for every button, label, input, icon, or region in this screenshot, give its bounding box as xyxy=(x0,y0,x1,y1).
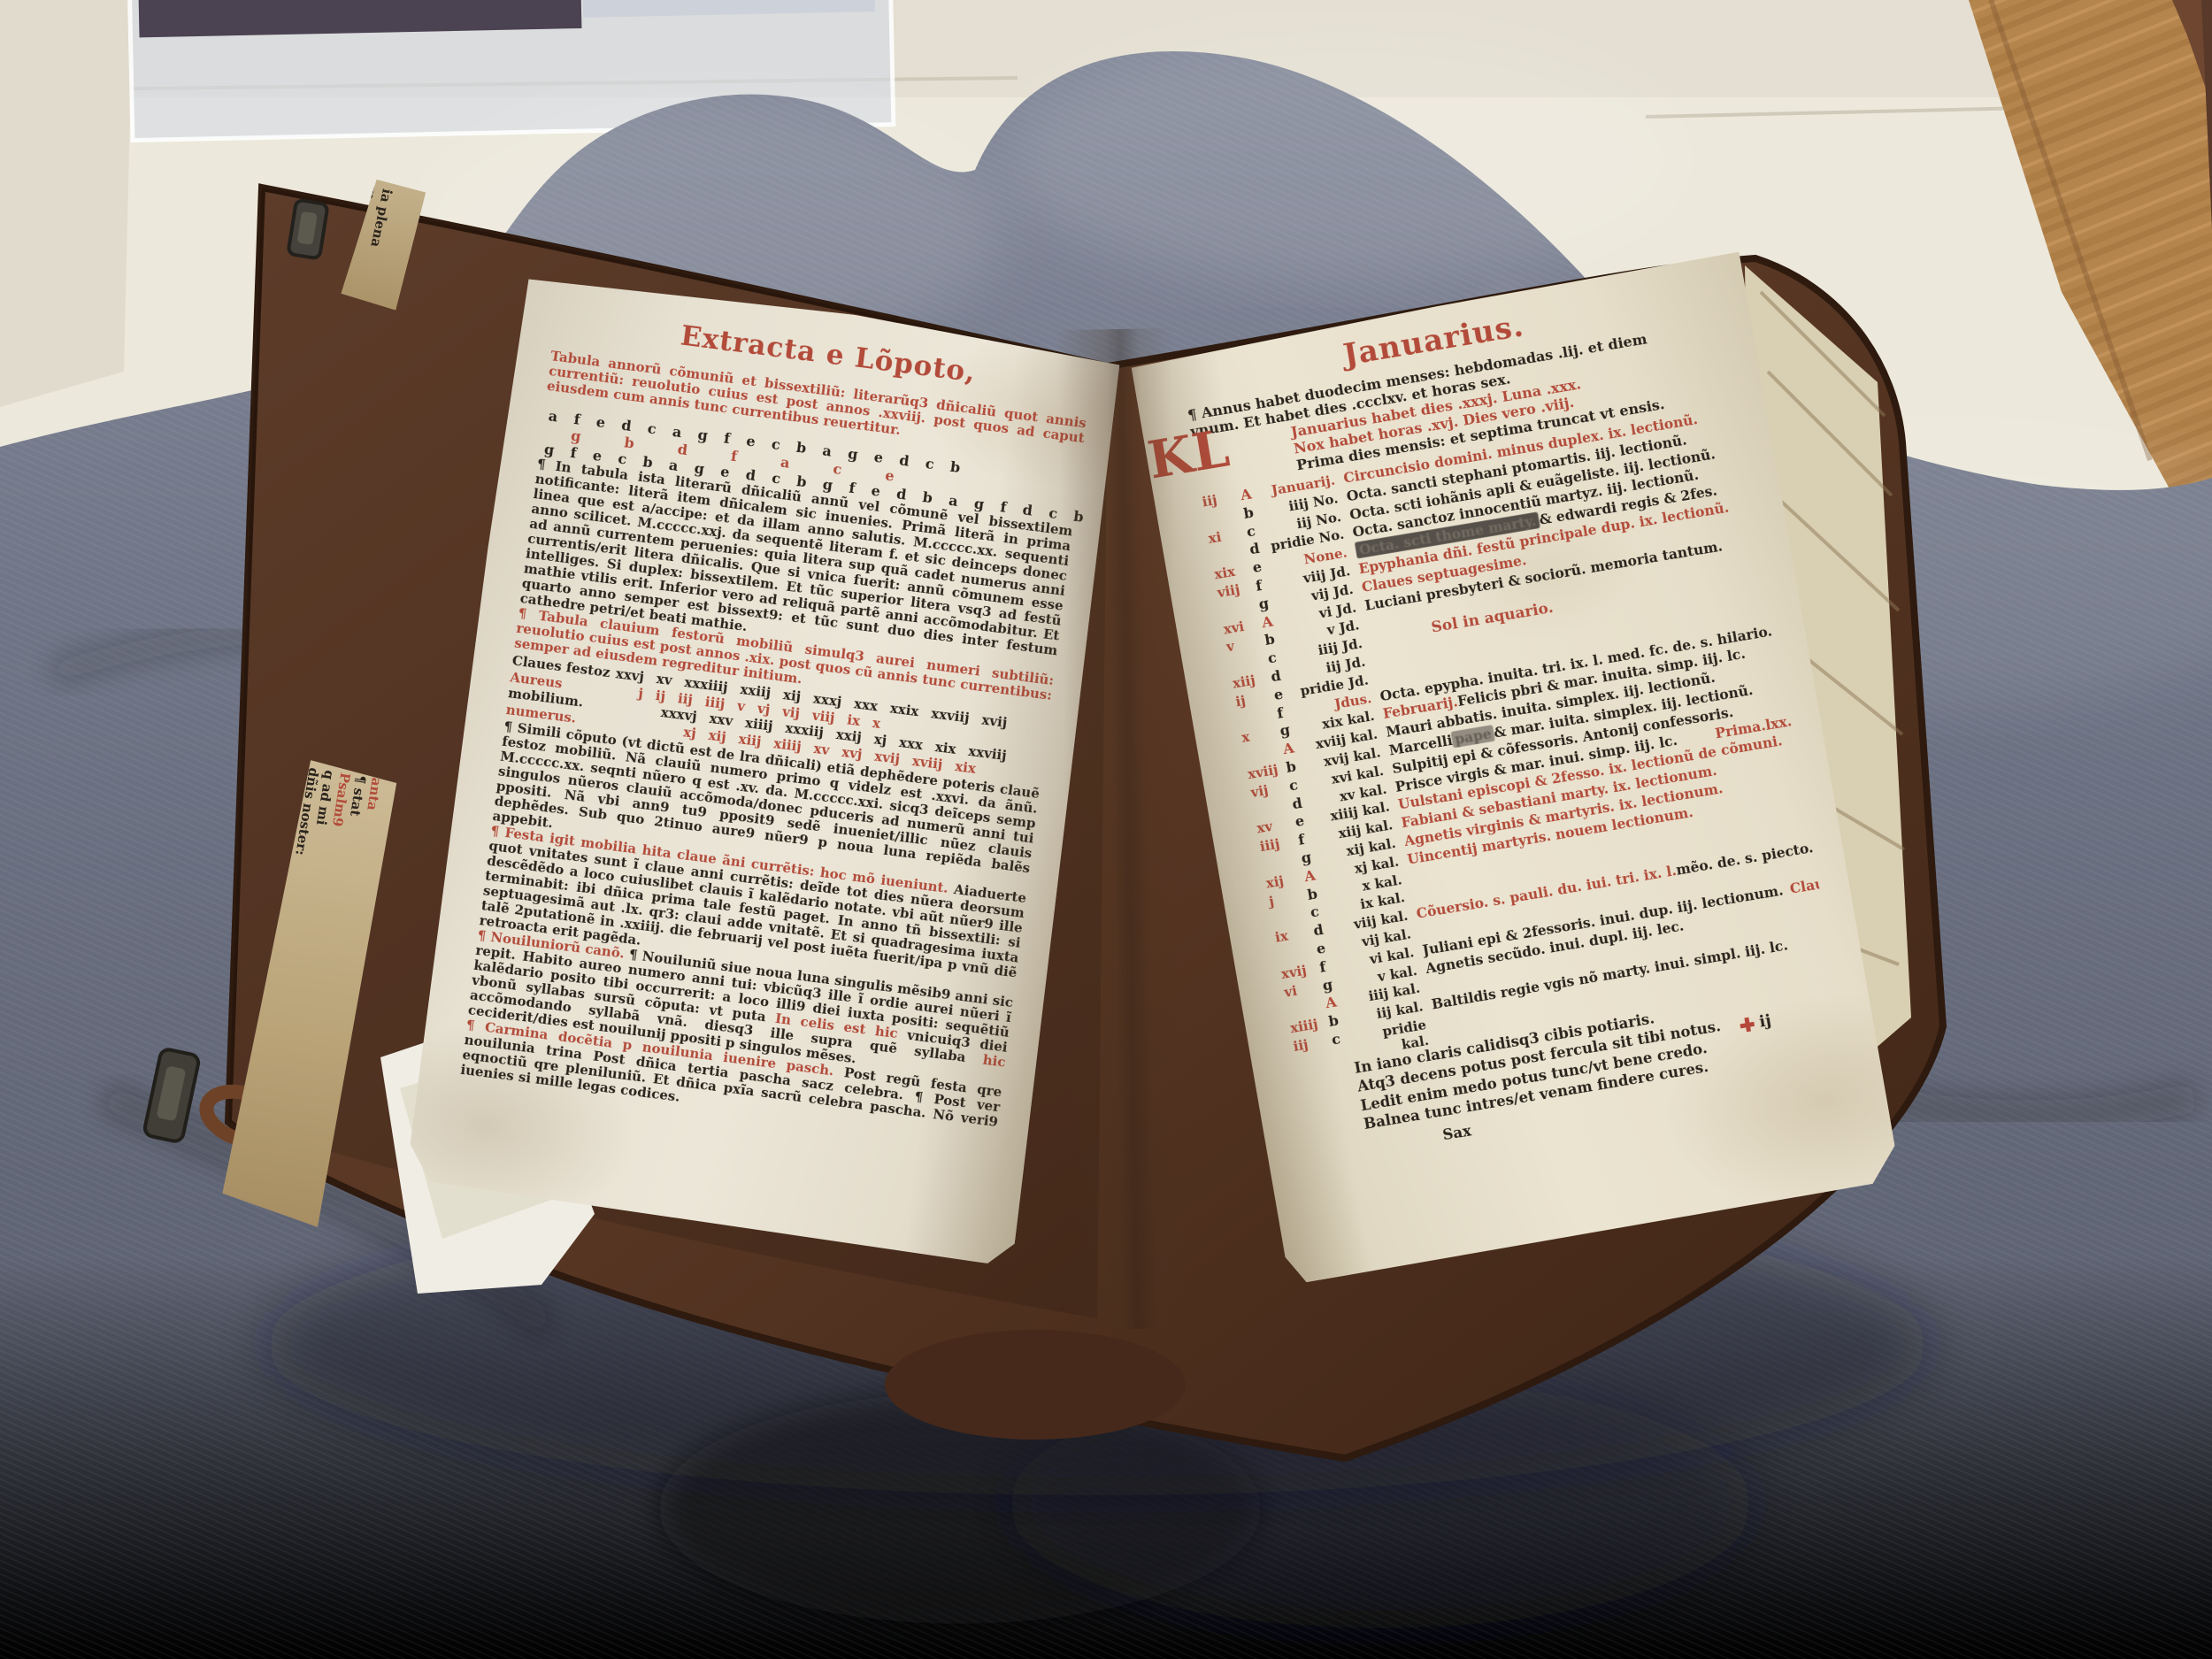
dominical-letter: f xyxy=(1255,574,1279,595)
dominical-letter: b xyxy=(1285,756,1309,776)
dominical-letter: b xyxy=(1242,502,1266,522)
dominical-letter: A xyxy=(1325,992,1348,1012)
dominical-letter: f xyxy=(1297,828,1321,849)
dominical-letter: d xyxy=(1312,919,1336,940)
museum-photo-of-open-incunable: Benedicam.dñis noster:q ad miPsalm9¶ sta… xyxy=(0,0,2212,1659)
dominical-letter: e xyxy=(1294,810,1317,831)
dominical-letter: A xyxy=(1303,864,1327,885)
dominical-letter: b xyxy=(1327,1010,1351,1030)
dominical-letter: f xyxy=(1276,702,1300,722)
clasp-catch-top xyxy=(288,200,327,259)
dominical-letter: c xyxy=(1309,901,1333,921)
dominical-letter: d xyxy=(1291,792,1315,812)
dominical-letter: e xyxy=(1251,557,1275,577)
left-page: Extracta e Lõpoto, Tabula annorũ cõmuniũ… xyxy=(404,273,1128,1266)
left-paragraphs-bottom: ¶ Simili cõputo (vt dictũ est de lra dñi… xyxy=(459,719,1040,1145)
dominical-letter: g xyxy=(1257,593,1281,613)
dominical-letter: c xyxy=(1245,520,1269,541)
dominical-letter: d xyxy=(1248,538,1272,558)
dominical-letter: A xyxy=(1261,611,1285,631)
dominical-letter: c xyxy=(1266,647,1290,667)
maltese-cross-icon xyxy=(1739,1016,1755,1032)
dominical-letter: f xyxy=(1318,956,1342,976)
dominical-letter: g xyxy=(1321,973,1345,994)
text-segment: hic xyxy=(982,1052,1007,1071)
january-calendar: iijAJanuarij.Circuncisio domini. minus d… xyxy=(1201,403,1832,1056)
dominical-letter: c xyxy=(1287,774,1311,795)
kl-initial: KL xyxy=(1145,424,1233,484)
dominical-letter: e xyxy=(1272,683,1296,703)
dominical-letter: A xyxy=(1240,484,1263,504)
dominical-letter: d xyxy=(1270,665,1294,686)
dominical-letter: b xyxy=(1263,629,1287,649)
dominical-letter: g xyxy=(1300,847,1324,867)
dominical-letter: A xyxy=(1282,738,1306,758)
dominical-letter: b xyxy=(1306,883,1330,903)
dominical-letter: g xyxy=(1279,719,1302,740)
spine-bottom xyxy=(885,1330,1186,1440)
dominical-letter: c xyxy=(1331,1028,1355,1048)
dominical-letter: e xyxy=(1315,937,1339,957)
